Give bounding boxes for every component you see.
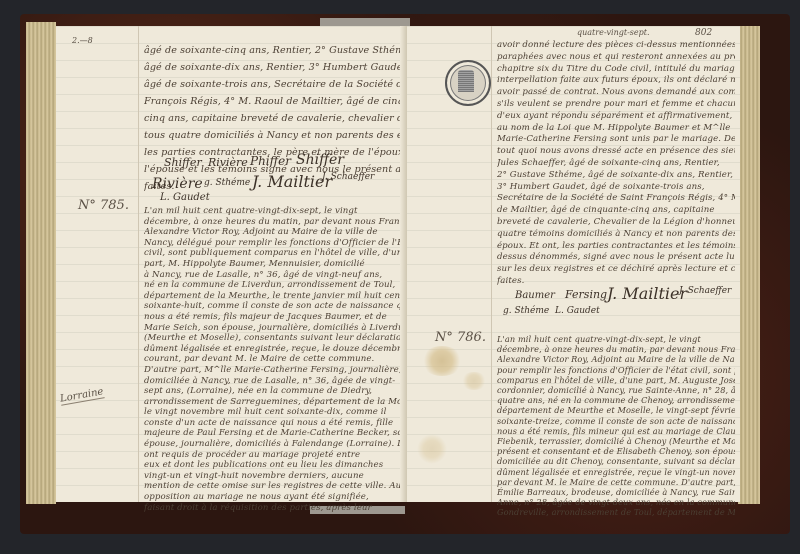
header-note: quatre-vingt-sept. <box>577 28 650 37</box>
margin-rule <box>491 26 492 502</box>
page-edges-left <box>26 22 56 504</box>
bookmark-strip-top <box>320 18 410 26</box>
entry-number-786: N° 786. <box>435 330 486 345</box>
left-page: 2.—8 âgé de soixante-cinq ans, Rentier, … <box>56 26 406 502</box>
entry-785-text: L'an mil huit cent quatre-vingt-dix-sept… <box>144 206 402 513</box>
page-number: 802 <box>695 28 712 38</box>
corner-note: 2.—8 <box>72 36 93 45</box>
page-edges-right <box>738 26 760 504</box>
water-stain <box>421 346 463 376</box>
entry-786-text: L'an mil huit cent quatre-vingt-dix-sept… <box>497 334 735 518</box>
margin-rule <box>138 26 139 502</box>
margin-annotation-lorraine: Lorraine <box>59 386 104 405</box>
right-continuation-text: avoir donné lecture des pièces ci-dessus… <box>497 40 735 288</box>
water-stain <box>417 434 447 464</box>
seal-figure-icon <box>458 70 474 92</box>
entry-number-785: N° 785. <box>78 198 129 213</box>
water-stain <box>461 372 487 390</box>
official-seal-stamp <box>445 60 491 106</box>
